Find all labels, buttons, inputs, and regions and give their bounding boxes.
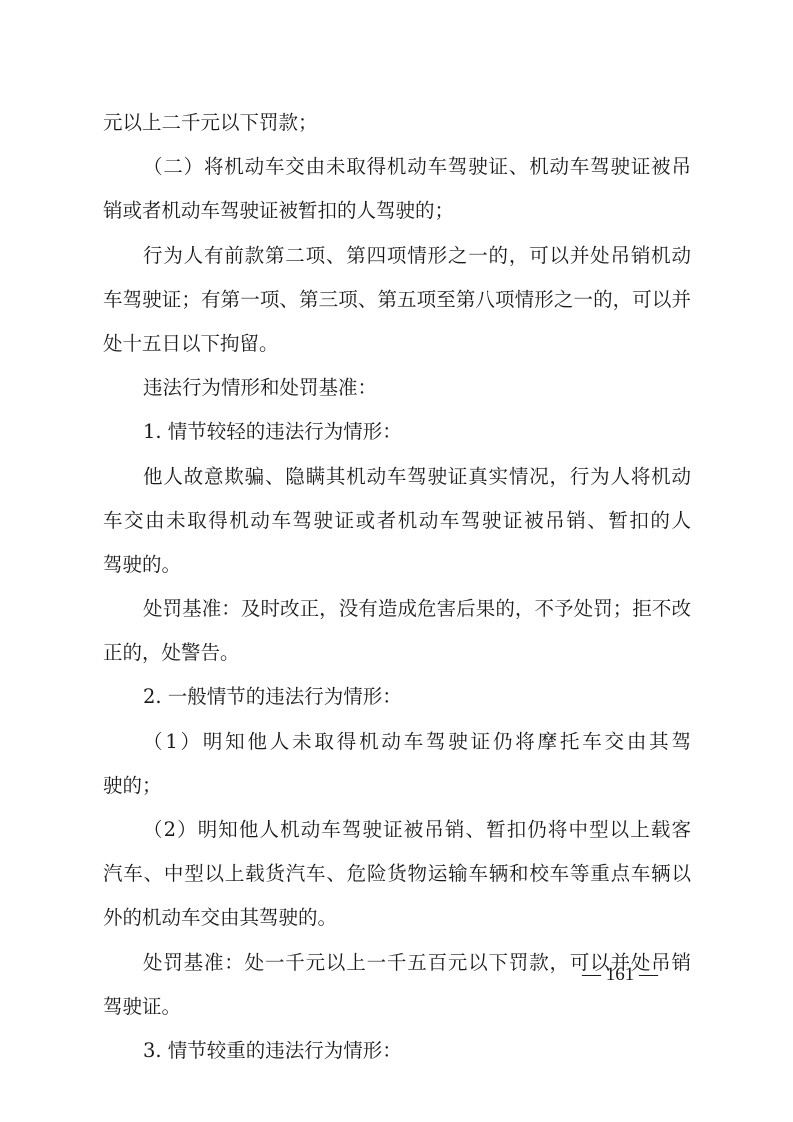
text-line: （2）明知他人机动车驾驶证被吊销、暂扣仍将中型以上载客	[103, 808, 691, 852]
subsection-heading: 3. 情节较重的违法行为情形：	[103, 1029, 691, 1073]
text-line: 车交由未取得机动车驾驶证或者机动车驾驶证被吊销、暂扣的人	[103, 499, 691, 543]
text-line: 汽车、中型以上载货汽车、危险货物运输车辆和校车等重点车辆以	[103, 852, 691, 896]
text-line: 行为人有前款第二项、第四项情形之一的，可以并处吊销机动	[103, 234, 691, 278]
subsection-heading: 2. 一般情节的违法行为情形：	[103, 675, 691, 719]
text-line: 驶的；	[103, 764, 691, 808]
text-line: 处罚基准：及时改正，没有造成危害后果的，不予处罚；拒不改	[103, 587, 691, 631]
text-line: 正的，处警告。	[103, 631, 691, 675]
text-line: 元以上二千元以下罚款；	[103, 101, 691, 145]
text-line: 驾驶的。	[103, 543, 691, 587]
section-heading: 违法行为情形和处罚基准：	[103, 366, 691, 410]
text-line: 处十五日以下拘留。	[103, 322, 691, 366]
text-line: 驾驶证。	[103, 985, 691, 1029]
subsection-heading: 1. 情节较轻的违法行为情形：	[103, 410, 691, 454]
text-line: 车驾驶证；有第一项、第三项、第五项至第八项情形之一的，可以并	[103, 278, 691, 322]
text-line: （1）明知他人未取得机动车驾驶证仍将摩托车交由其驾	[103, 720, 691, 764]
text-line: 销或者机动车驾驶证被暂扣的人驾驶的；	[103, 189, 691, 233]
text-line: 外的机动车交由其驾驶的。	[103, 896, 691, 940]
page-number: — 161 —	[560, 964, 680, 986]
text-line: （二）将机动车交由未取得机动车驾驶证、机动车驾驶证被吊	[103, 145, 691, 189]
text-line: 他人故意欺骗、隐瞒其机动车驾驶证真实情况，行为人将机动	[103, 455, 691, 499]
document-body: 元以上二千元以下罚款； （二）将机动车交由未取得机动车驾驶证、机动车驾驶证被吊 …	[103, 101, 691, 1073]
